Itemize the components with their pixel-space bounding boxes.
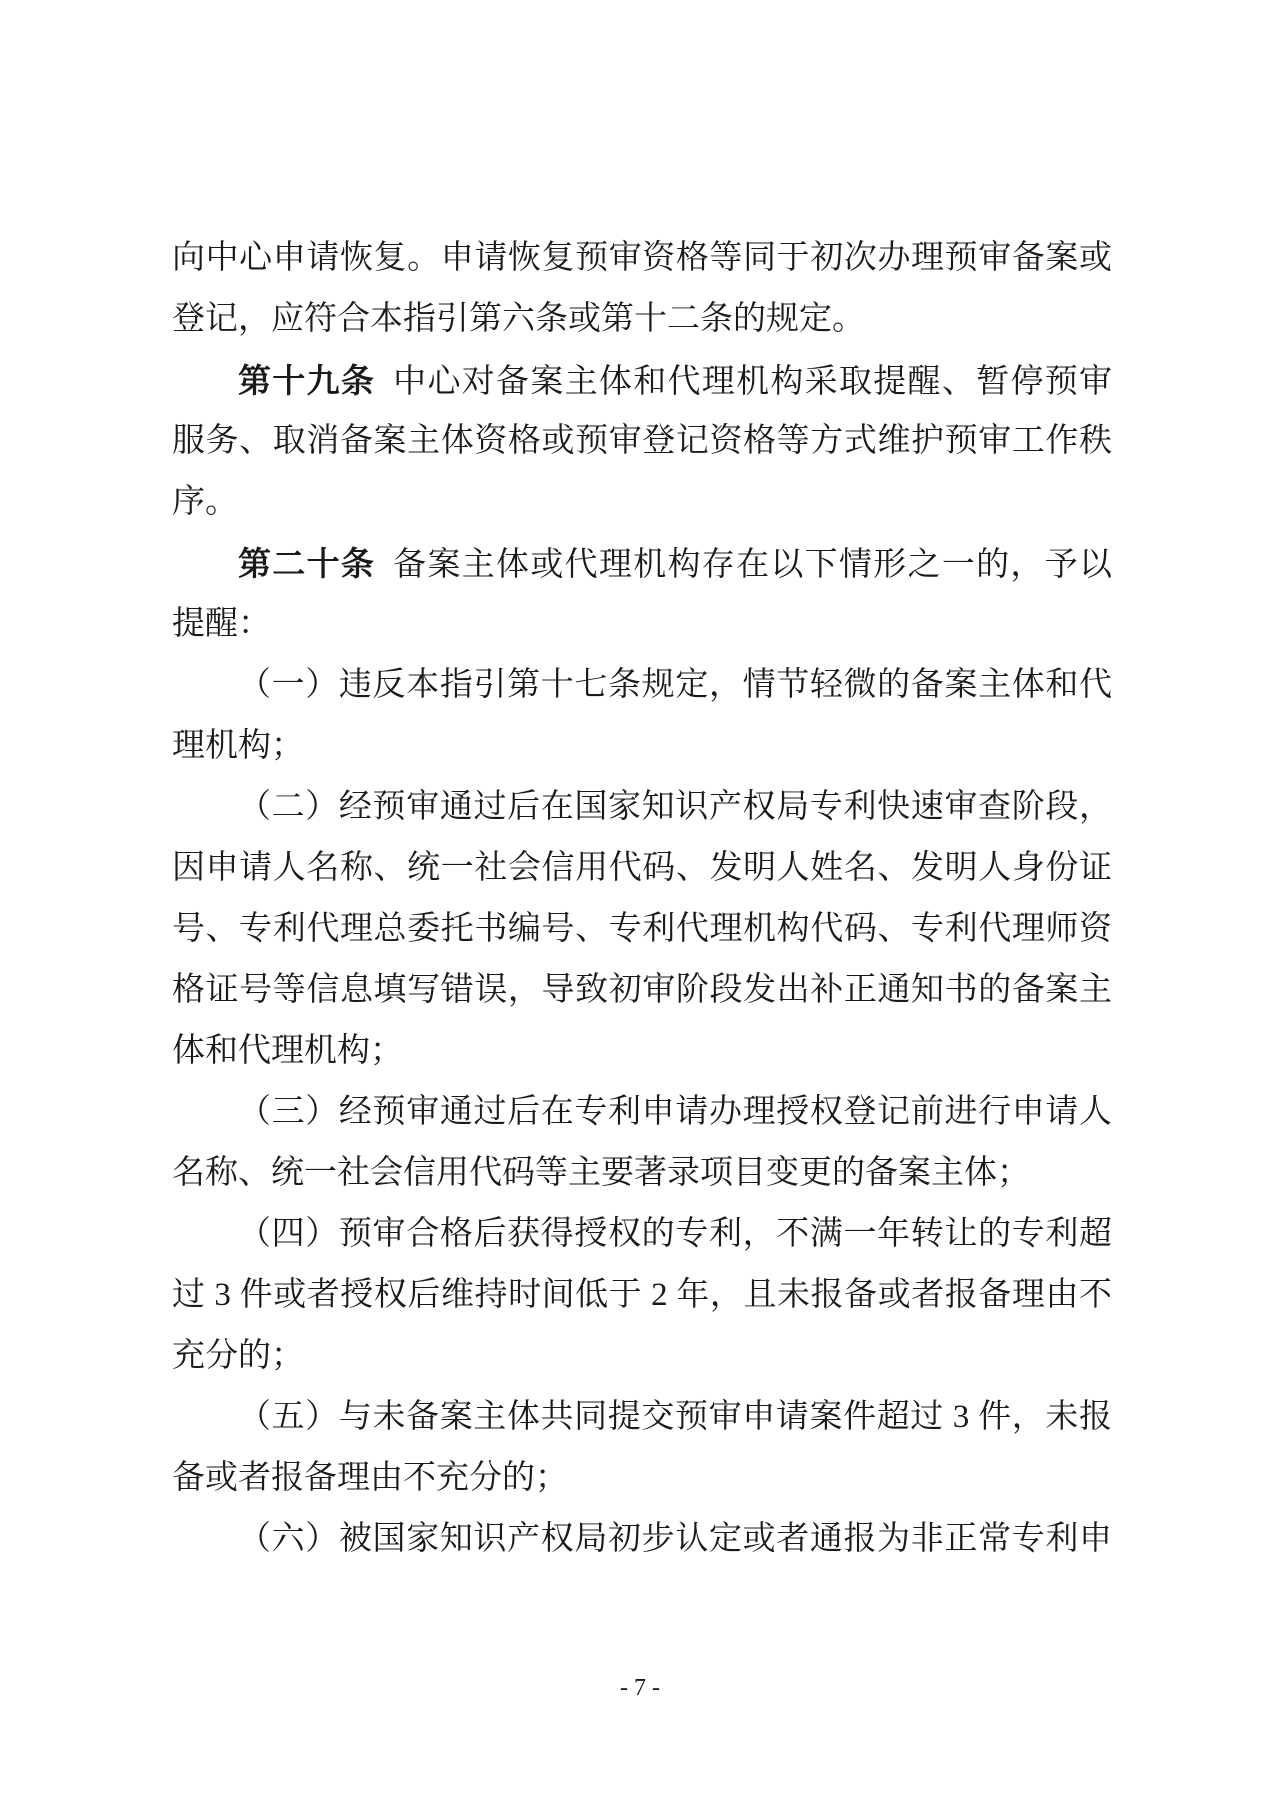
line-text: 序。	[172, 484, 238, 520]
text-line: 备或者报备理由不充分的；	[172, 1448, 1112, 1509]
page-number: - 7 -	[0, 1668, 1280, 1708]
line-text: 向中心申请恢复。申请恢复预审资格等同于初次办理预审备案或	[172, 240, 1112, 276]
line-text: 名称、统一社会信用代码等主要著录项目变更的备案主体；	[172, 1155, 1030, 1191]
text-line: （四）预审合格后获得授权的专利，不满一年转让的专利超	[172, 1204, 1112, 1265]
text-line: 服务、取消备案主体资格或预审登记资格等方式维护预审工作秩	[172, 411, 1112, 472]
text-line: 登记，应符合本指引第六条或第十二条的规定。	[172, 289, 1112, 350]
article-number: 第十九条	[238, 362, 375, 399]
line-text: （五）与未备案主体共同提交预审申请案件超过 3 件，未报	[238, 1399, 1112, 1435]
line-text: 格证号等信息填写错误，导致初审阶段发出补正通知书的备案主	[172, 972, 1112, 1008]
text-line: 序。	[172, 472, 1112, 533]
line-text: 备案主体或代理机构存在以下情形之一的，予以	[393, 547, 1112, 583]
text-line: （六）被国家知识产权局初步认定或者通报为非正常专利申	[172, 1509, 1112, 1570]
article-number: 第二十条	[238, 545, 375, 582]
text-line: 名称、统一社会信用代码等主要著录项目变更的备案主体；	[172, 1143, 1112, 1204]
line-text: 中心对备案主体和代理机构采取提醒、暂停预审	[393, 364, 1112, 400]
text-line: （二）经预审通过后在国家知识产权局专利快速审查阶段，	[172, 777, 1112, 838]
line-text: 登记，应符合本指引第六条或第十二条的规定。	[172, 301, 865, 337]
line-text: 理机构；	[172, 728, 304, 764]
document-page: 向中心申请恢复。申请恢复预审资格等同于初次办理预审备案或 登记，应符合本指引第六…	[0, 0, 1280, 1810]
text-line: 第二十条备案主体或代理机构存在以下情形之一的，予以	[172, 533, 1112, 594]
line-text: （三）经预审通过后在专利申请办理授权登记前进行申请人	[238, 1094, 1112, 1130]
text-line: （五）与未备案主体共同提交预审申请案件超过 3 件，未报	[172, 1387, 1112, 1448]
text-line: 充分的；	[172, 1326, 1112, 1387]
line-text: 体和代理机构；	[172, 1033, 403, 1069]
text-line: 因申请人名称、统一社会信用代码、发明人姓名、发明人身份证	[172, 838, 1112, 899]
line-text: （四）预审合格后获得授权的专利，不满一年转让的专利超	[238, 1216, 1112, 1252]
line-text: （一）违反本指引第十七条规定，情节轻微的备案主体和代	[238, 667, 1112, 703]
text-line: 体和代理机构；	[172, 1021, 1112, 1082]
line-text: （二）经预审通过后在国家知识产权局专利快速审查阶段，	[238, 789, 1112, 825]
text-line: 理机构；	[172, 716, 1112, 777]
text-line: 格证号等信息填写错误，导致初审阶段发出补正通知书的备案主	[172, 960, 1112, 1021]
document-body: 向中心申请恢复。申请恢复预审资格等同于初次办理预审备案或 登记，应符合本指引第六…	[172, 228, 1112, 1570]
line-text: 过 3 件或者授权后维持时间低于 2 年，且未报备或者报备理由不	[172, 1277, 1112, 1313]
text-line: （三）经预审通过后在专利申请办理授权登记前进行申请人	[172, 1082, 1112, 1143]
line-text: 充分的；	[172, 1338, 304, 1374]
text-line: 向中心申请恢复。申请恢复预审资格等同于初次办理预审备案或	[172, 228, 1112, 289]
line-text: 服务、取消备案主体资格或预审登记资格等方式维护预审工作秩	[172, 423, 1112, 459]
line-text: 因申请人名称、统一社会信用代码、发明人姓名、发明人身份证	[172, 850, 1112, 886]
line-text: 备或者报备理由不充分的；	[172, 1460, 568, 1496]
text-line: 第十九条中心对备案主体和代理机构采取提醒、暂停预审	[172, 350, 1112, 411]
line-text: 号、专利代理总委托书编号、专利代理机构代码、专利代理师资	[172, 911, 1112, 947]
text-line: 号、专利代理总委托书编号、专利代理机构代码、专利代理师资	[172, 899, 1112, 960]
line-text: （六）被国家知识产权局初步认定或者通报为非正常专利申	[238, 1521, 1112, 1557]
text-line: 提醒：	[172, 594, 1112, 655]
line-text: 提醒：	[172, 606, 271, 642]
text-line: 过 3 件或者授权后维持时间低于 2 年，且未报备或者报备理由不	[172, 1265, 1112, 1326]
text-line: （一）违反本指引第十七条规定，情节轻微的备案主体和代	[172, 655, 1112, 716]
